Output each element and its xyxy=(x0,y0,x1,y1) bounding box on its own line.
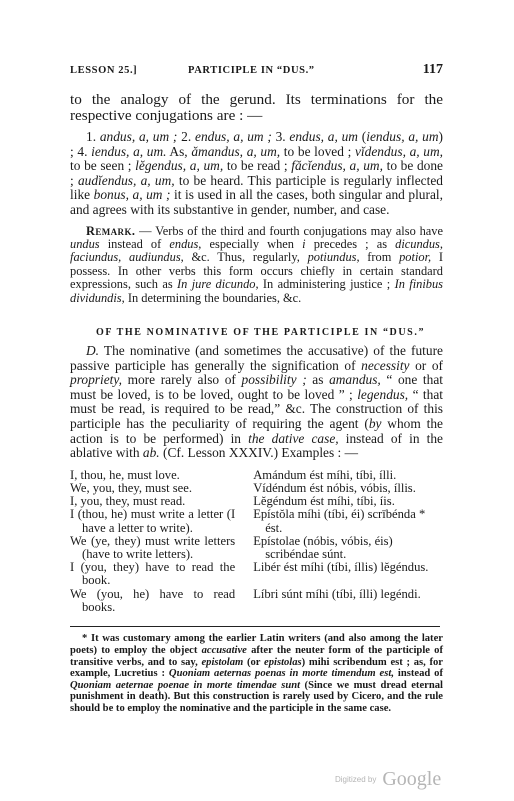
example-latin: Amándum ést míhi, tíbi, ílli. xyxy=(243,469,443,482)
example-row: I (you, they) have to read the book. Lib… xyxy=(70,561,443,587)
footnote-divider xyxy=(70,626,440,628)
example-row: I, thou, he, must love. Amándum ést míhi… xyxy=(70,469,443,482)
example-english: I (you, they) have to read the book. xyxy=(70,561,235,587)
page-body: to the analogy of the gerund. Its termin… xyxy=(70,92,443,715)
lesson-label: LESSON 25.] xyxy=(70,65,137,76)
example-row: We (ye, they) must write letters (have t… xyxy=(70,535,443,561)
watermark-small-text: Digitized by xyxy=(335,775,376,784)
running-header: LESSON 25.] PARTICIPLE IN “DUS.” 117 xyxy=(70,65,443,79)
terminations-paragraph: 1. andus, a, um ; 2. endus, a, um ; 3. e… xyxy=(70,130,443,218)
google-logo-text: Google xyxy=(382,768,441,790)
example-english: We (ye, they) must write letters (have t… xyxy=(70,535,235,561)
section-heading: OF THE NOMINATIVE OF THE PARTICIPLE IN “… xyxy=(70,327,443,338)
digitized-by-google-watermark: Digitized by Google xyxy=(335,768,441,791)
example-row: We (you, he) have to read books. Líbri s… xyxy=(70,588,443,614)
example-english: I, thou, he, must love. xyxy=(70,469,235,482)
intro-paragraph: to the analogy of the gerund. Its termin… xyxy=(70,92,443,124)
header-title: PARTICIPLE IN “DUS.” xyxy=(188,65,315,76)
page-number: 117 xyxy=(423,62,443,78)
example-row: I (thou, he) must write a letter (I have… xyxy=(70,508,443,534)
example-english: I (thou, he) must write a letter (I have… xyxy=(70,508,235,534)
example-latin: Libér ést míhi (tíbi, íllis) lĕgéndus. xyxy=(243,561,443,587)
example-latin: Líbri súnt míhi (tíbi, ílli) legéndi. xyxy=(243,588,443,614)
example-latin: Epístolae (nóbis, vóbis, éis) scribéndae… xyxy=(243,535,443,561)
main-paragraph: D. The nominative (and sometimes the acc… xyxy=(70,344,443,461)
footnote: * It was customary among the earlier Lat… xyxy=(70,633,443,714)
example-latin: Epístŏla míhi (tíbi, éi) scrībénda * ést… xyxy=(243,508,443,534)
remark-label: Remark. xyxy=(86,224,135,238)
remark-paragraph: Remark. — Verbs of the third and fourth … xyxy=(70,225,443,305)
example-english: We (you, he) have to read books. xyxy=(70,588,235,614)
examples-table: I, thou, he, must love. Amándum ést míhi… xyxy=(70,469,443,614)
